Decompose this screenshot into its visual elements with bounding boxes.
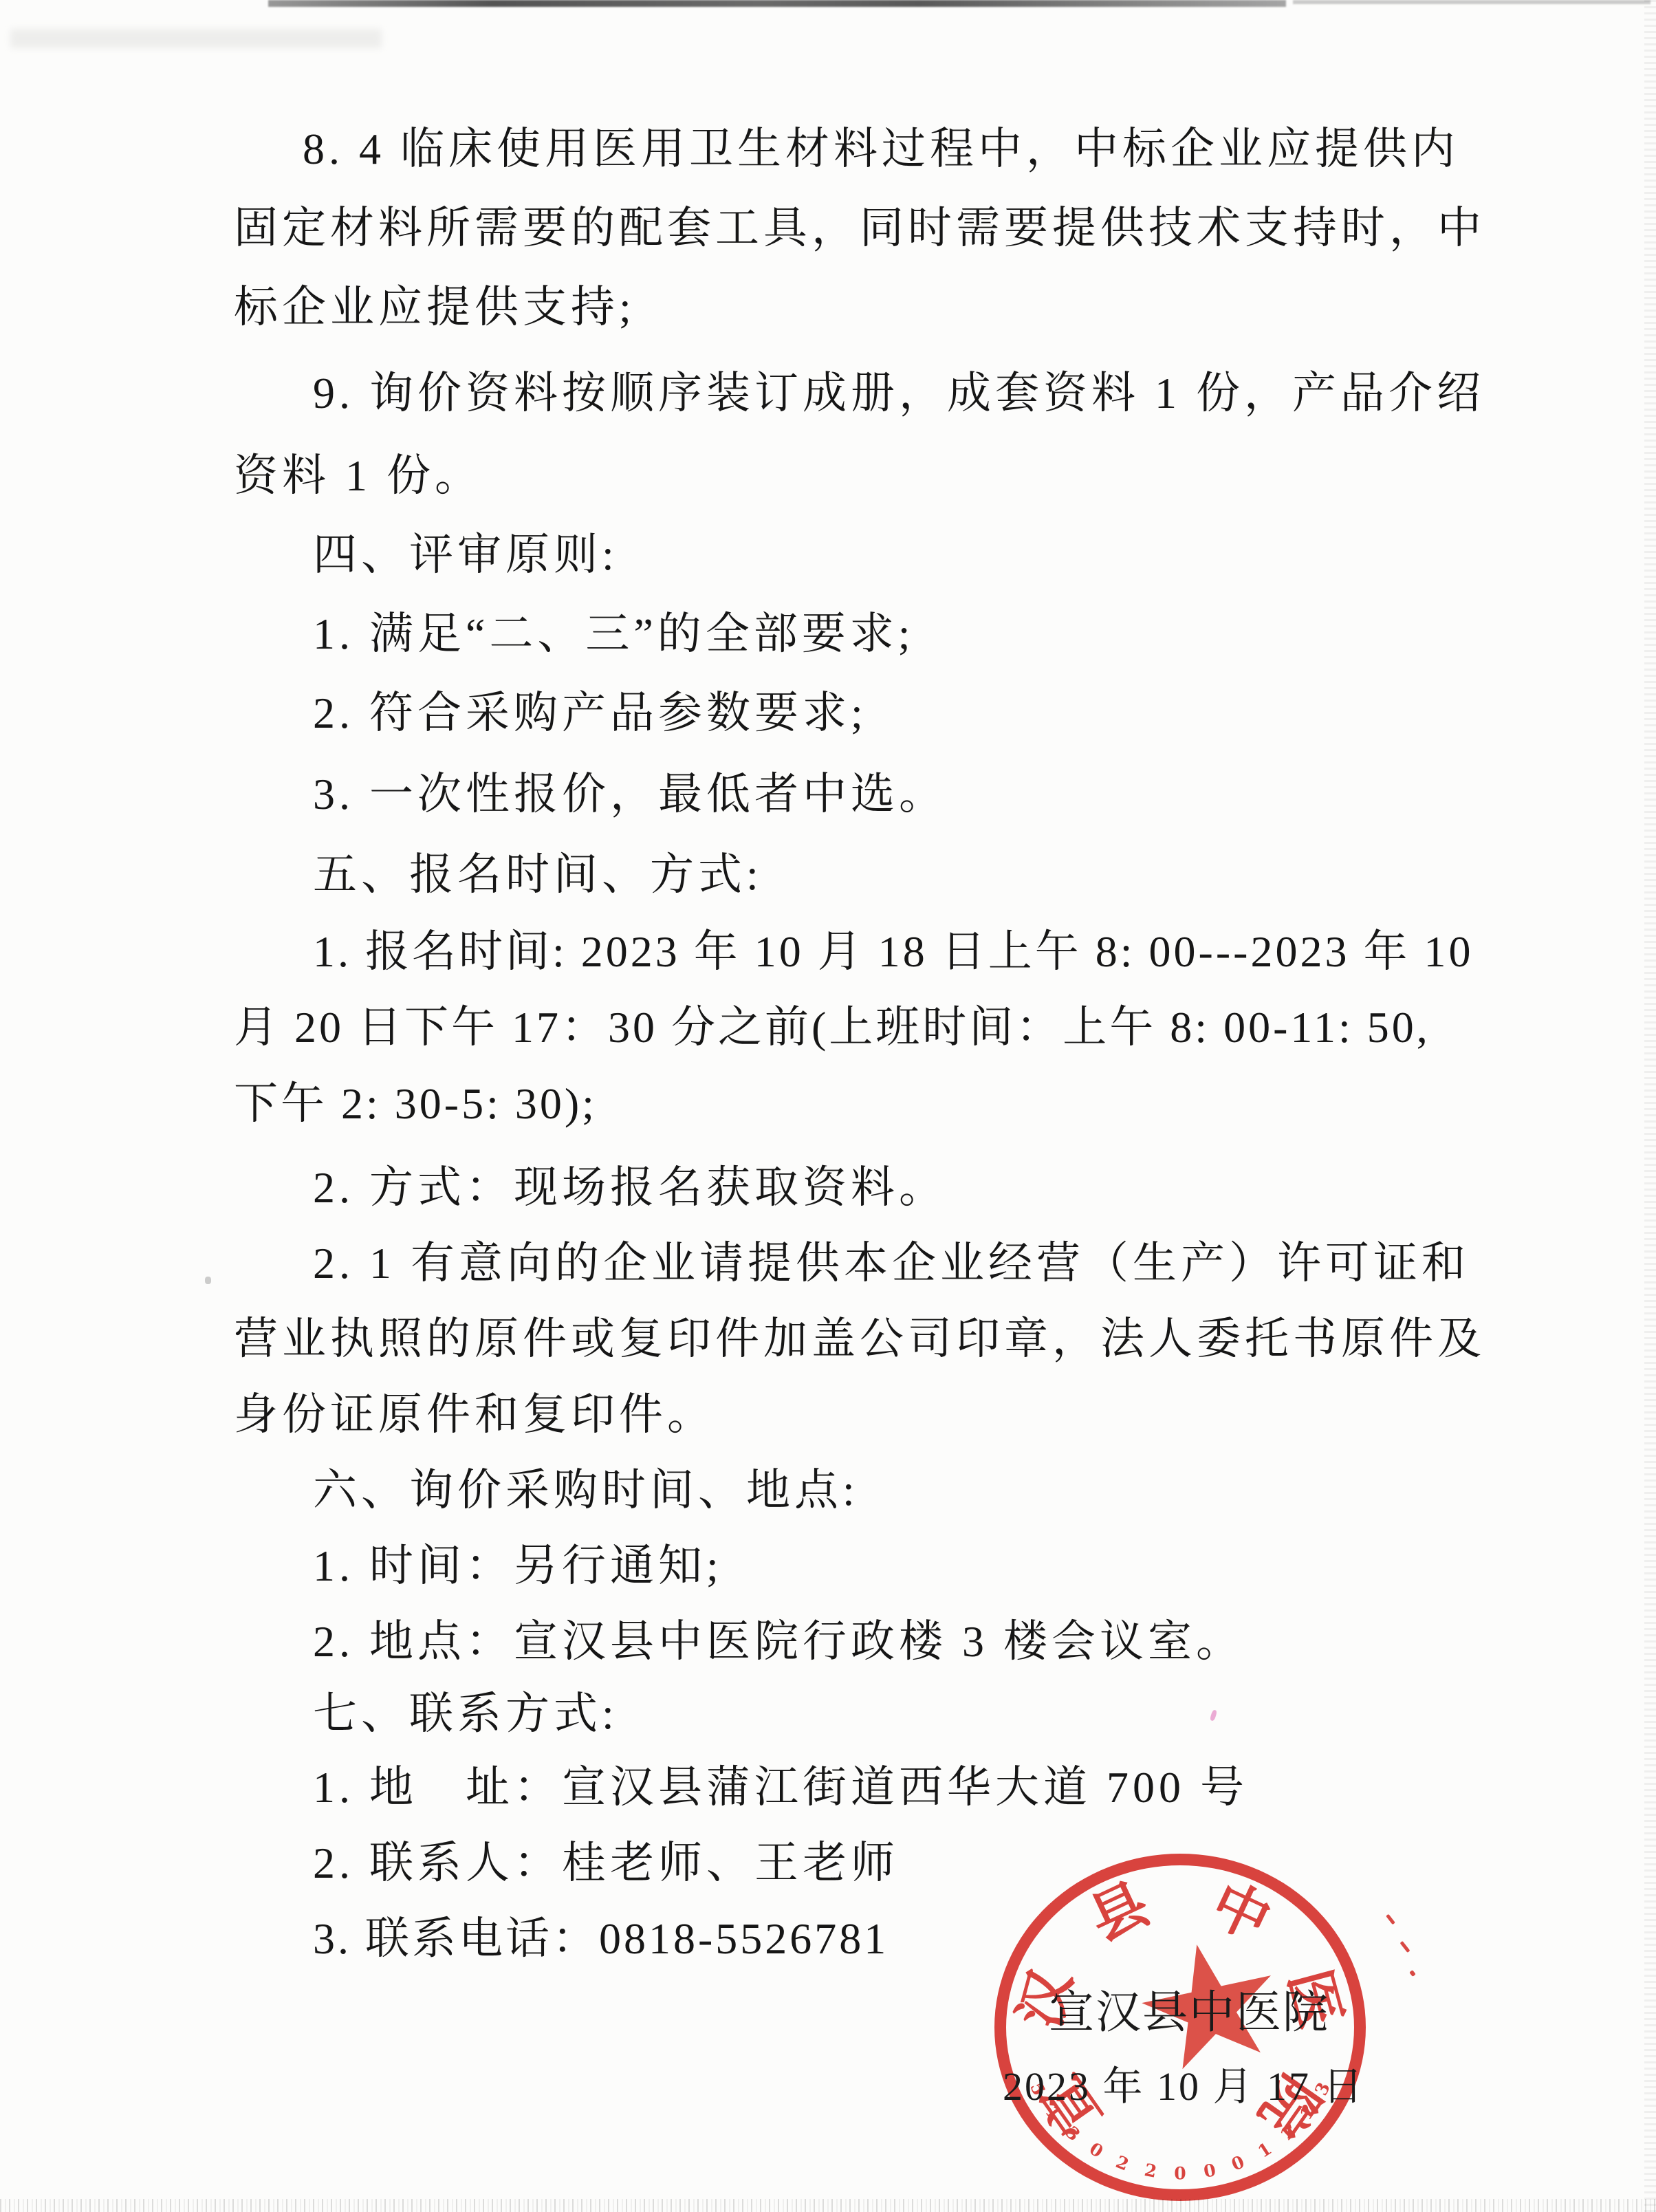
- section-heading: 四、评审原则:: [313, 530, 618, 581]
- scan-artifact-smudge: [10, 29, 382, 48]
- text-line: 2. 方式：现场报名获取资料。: [313, 1162, 947, 1213]
- text-line: 资料 1 份。: [234, 451, 483, 501]
- text-line: 2. 符合采购产品参数要求;: [313, 688, 867, 739]
- scan-artifact-bottom-noise: [0, 2199, 1656, 2212]
- signature-date: 2023 年 10 月 17 日: [1003, 2054, 1365, 2112]
- scan-artifact-top-strip: [1293, 0, 1650, 4]
- text-line: 2. 1 有意向的企业请提供本企业经营（生产）许可证和: [313, 1238, 1470, 1289]
- text-line: 身份证原件和复印件。: [234, 1389, 715, 1440]
- section-heading: 六、询价采购时间、地点:: [313, 1465, 859, 1516]
- scanned-document-page: 8. 4 临床使用医用卫生材料过程中，中标企业应提供内 固定材料所需要的配套工具…: [0, 0, 1656, 2212]
- text-line: 2. 地点：宣汉县中医院行政楼 3 楼会议室。: [313, 1616, 1244, 1667]
- scan-artifact-top-strip: [268, 0, 1286, 7]
- signature-org: 宣汉县中医院: [1049, 1975, 1329, 2041]
- section-heading: 五、报名时间、方式:: [313, 849, 763, 900]
- text-line: 标企业应提供支持;: [234, 282, 635, 333]
- text-line: 3. 联系电话：0818-5526781: [313, 1913, 889, 1964]
- text-line: 8. 4 临床使用医用卫生材料过程中，中标企业应提供内: [303, 124, 1459, 175]
- seal-digit: 0: [1174, 2165, 1186, 2182]
- text-line: 2. 联系人：桂老师、王老师: [313, 1838, 899, 1889]
- text-line: 1. 报名时间: 2023 年 10 月 18 日上午 8: 00---2023…: [313, 926, 1474, 977]
- text-line: 1. 地 址：宣汉县蒲江街道西华大道 700 号: [313, 1762, 1248, 1813]
- text-line: 1. 时间：另行通知;: [313, 1541, 723, 1592]
- scan-artifact-speck: [205, 1277, 211, 1284]
- text-line: 月 20 日下午 17：30 分之前(上班时间：上午 8: 00-11: 50,: [234, 1002, 1430, 1053]
- text-line: 下午 2: 30-5: 30);: [234, 1078, 597, 1129]
- scan-artifact-speck: [1210, 1709, 1218, 1721]
- text-line: 9. 询价资料按顺序装订成册，成套资料 1 份，产品介绍: [313, 368, 1485, 419]
- text-line: 1. 满足“二、三”的全部要求;: [313, 609, 915, 660]
- text-line: 固定材料所需要的配套工具，同时需要提供技术支持时，中: [234, 203, 1485, 254]
- text-line: 3. 一次性报价，最低者中选。: [313, 769, 947, 820]
- scan-artifact-red-dash: [1399, 1941, 1410, 1953]
- text-line: 营业执照的原件或复印件加盖公司印章，法人委托书原件及: [234, 1314, 1485, 1365]
- scan-artifact-red-dash: [1386, 1914, 1395, 1925]
- section-heading: 七、联系方式:: [313, 1689, 618, 1739]
- scan-artifact-right-noise: [1644, 0, 1656, 2212]
- scan-artifact-red-dash: [1409, 1970, 1416, 1977]
